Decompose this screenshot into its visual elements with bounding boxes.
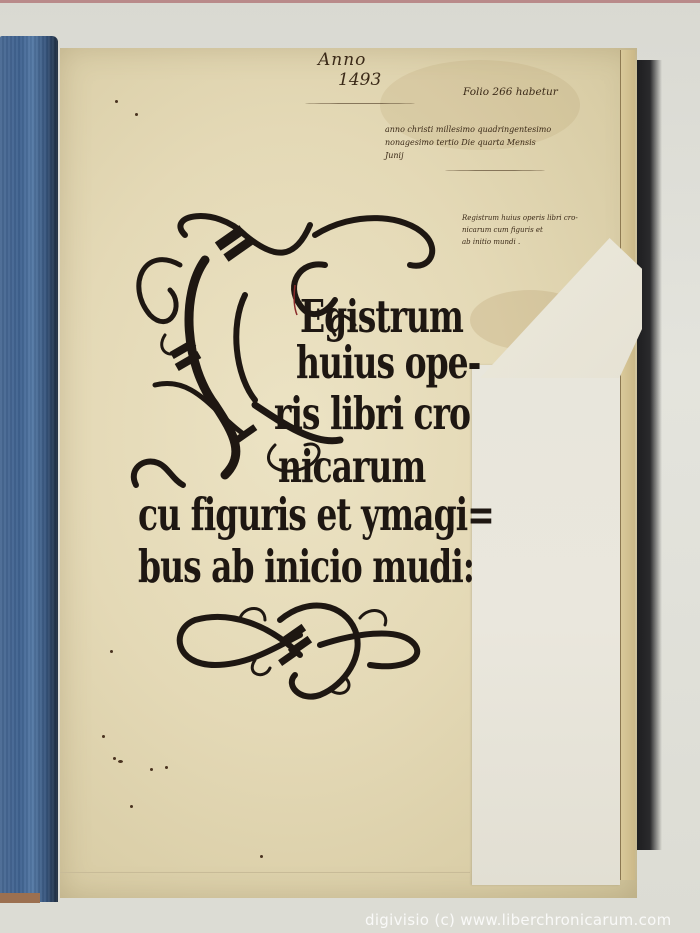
top-edge-strip — [0, 0, 700, 3]
ink-speck — [130, 805, 133, 808]
ink-speck — [118, 760, 123, 763]
ink-speck — [102, 735, 105, 738]
title-line-3: ris libri cro — [274, 387, 470, 440]
watermark-copyright: digivisio (c) www.liberchronicarum.com — [365, 911, 672, 929]
ink-speck — [113, 757, 116, 760]
ink-speck — [135, 113, 138, 116]
register-note-line: nicarum cum figuris et — [462, 224, 578, 236]
title-line-6: bus ab inicio mudi: — [138, 540, 474, 593]
book-spine-blue-cloth — [0, 36, 58, 902]
ink-speck — [115, 100, 118, 103]
dated-note-line: Junij — [385, 149, 551, 162]
title-line-5: cu figuris et ymagi= — [138, 488, 494, 541]
annotation-year: 1493 — [338, 70, 381, 90]
underline-flourish — [305, 103, 415, 104]
annotation-folio: Folio 266 habetur — [463, 86, 558, 98]
dated-note-line: anno christi millesimo quadringentesimo — [385, 123, 551, 136]
page-ruled-line — [60, 872, 470, 873]
ink-speck — [110, 650, 113, 653]
underline-flourish — [445, 170, 545, 171]
ink-speck — [260, 855, 263, 858]
pasted-paper-slip — [472, 365, 620, 885]
page-fore-edge — [620, 50, 635, 880]
annotation-register-note: Registrum huius operis libri cro- nicaru… — [462, 212, 578, 248]
hook-flourish-icon — [128, 455, 188, 495]
bottom-calligraphic-ornament-icon — [170, 590, 430, 705]
title-line-1: Egistrum — [300, 290, 463, 343]
annotation-anno: Anno — [318, 50, 366, 70]
register-note-line: ab initio mundi . — [462, 236, 578, 248]
title-line-4: nicarum — [278, 440, 425, 493]
spine-foot-leather — [0, 893, 40, 903]
dated-note-line: nonagesimo tertio Die quarta Mensis — [385, 136, 551, 149]
title-line-2: huius ope- — [296, 336, 480, 389]
ink-speck — [165, 766, 168, 769]
register-note-line: Registrum huius operis libri cro- — [462, 212, 578, 224]
annotation-dated-note: anno christi millesimo quadringentesimo … — [385, 123, 551, 162]
ink-speck — [150, 768, 153, 771]
